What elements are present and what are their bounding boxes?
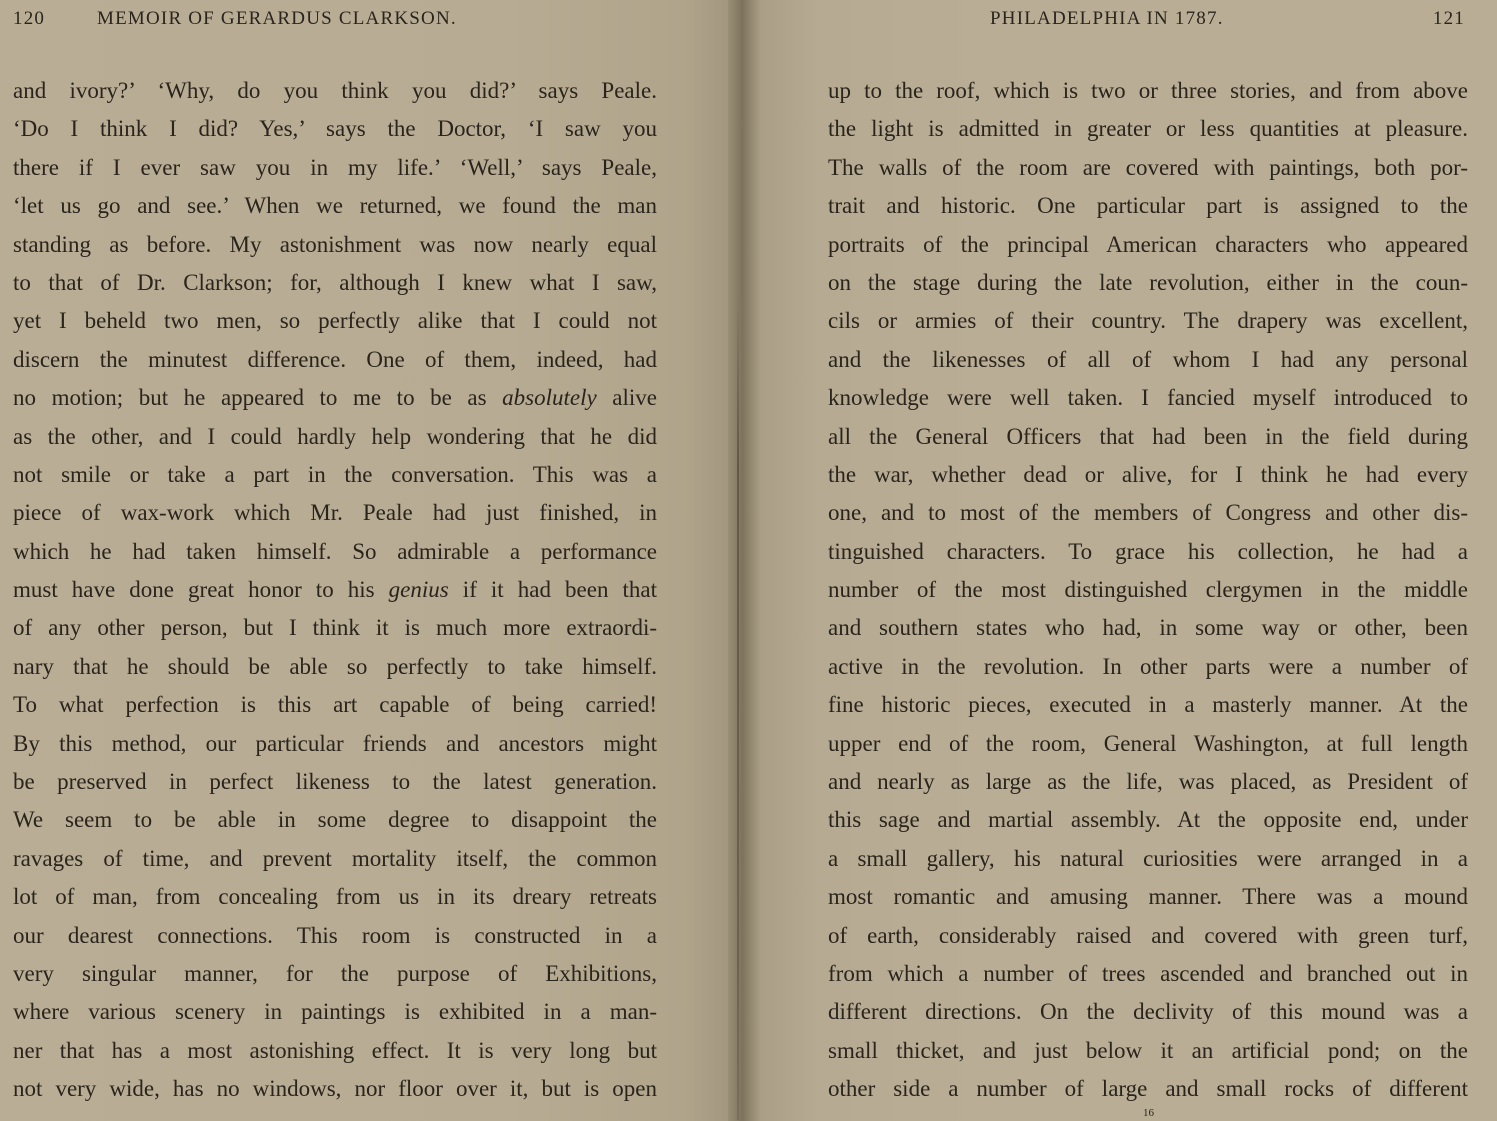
text-line: yet I beheld two men, so perfectly alike… (13, 302, 657, 340)
text-line: most romantic and amusing manner. There … (828, 878, 1468, 916)
right-page-number: 121 (1433, 8, 1465, 30)
text-line: on the stage during the late revolution,… (828, 264, 1468, 302)
text-line: other side a number of large and small r… (828, 1070, 1468, 1108)
text-line: ‘Do I think I did? Yes,’ says the Doctor… (13, 110, 657, 148)
left-page-number: 120 (13, 8, 45, 30)
text-line: lot of man, from concealing from us in i… (13, 878, 657, 916)
text-line: active in the revolution. In other parts… (828, 648, 1468, 686)
text-line: which he had taken himself. So admirable… (13, 533, 657, 571)
left-body-text: and ivory?’ ‘Why, do you think you did?’… (13, 72, 657, 1109)
text-line: not very wide, has no windows, nor floor… (13, 1070, 657, 1108)
text-line: upper end of the room, General Washingto… (828, 725, 1468, 763)
text-line: We seem to be able in some degree to dis… (13, 801, 657, 839)
text-line: must have done great honor to his genius… (13, 571, 657, 609)
text-line: small thicket, and just below it an arti… (828, 1032, 1468, 1070)
text-line: tinguished characters. To grace his coll… (828, 533, 1468, 571)
text-line: and the likenesses of all of whom I had … (828, 341, 1468, 379)
text-line: To what perfection is this art capable o… (13, 686, 657, 724)
text-line: one, and to most of the members of Congr… (828, 494, 1468, 532)
italic-word: genius (389, 577, 449, 602)
text-line: from which a number of trees ascended an… (828, 955, 1468, 993)
text-line: a small gallery, his natural curiosities… (828, 840, 1468, 878)
right-body-text: up to the roof, which is two or three st… (828, 72, 1468, 1109)
text-line: not smile or take a part in the conversa… (13, 456, 657, 494)
text-line: where various scenery in paintings is ex… (13, 993, 657, 1031)
text-line: number of the most distinguished clergym… (828, 571, 1468, 609)
book-gutter (728, 0, 760, 1121)
text-line: ravages of time, and prevent mortality i… (13, 840, 657, 878)
text-line: ‘let us go and see.’ When we returned, w… (13, 187, 657, 225)
right-running-head: PHILADELPHIA IN 1787. 121 (760, 8, 1497, 34)
text-line: no motion; but he appeared to me to be a… (13, 379, 657, 417)
text-line: discern the minutest difference. One of … (13, 341, 657, 379)
text-line: very singular manner, for the purpose of… (13, 955, 657, 993)
text-line: and southern states who had, in some way… (828, 609, 1468, 647)
text-line: By this method, our particular friends a… (13, 725, 657, 763)
text-line: of earth, considerably raised and covere… (828, 917, 1468, 955)
text-line: and nearly as large as the life, was pla… (828, 763, 1468, 801)
text-line: portraits of the principal American char… (828, 226, 1468, 264)
text-line: all the General Officers that had been i… (828, 418, 1468, 456)
text-line: of any other person, but I think it is m… (13, 609, 657, 647)
text-line: trait and historic. One particular part … (828, 187, 1468, 225)
left-page: 120 MEMOIR OF GERARDUS CLARKSON. and ivo… (0, 0, 728, 1121)
text-line: standing as before. My astonishment was … (13, 226, 657, 264)
text-line: knowledge were well taken. I fancied mys… (828, 379, 1468, 417)
text-line: be preserved in perfect likeness to the … (13, 763, 657, 801)
text-line: fine historic pieces, executed in a mast… (828, 686, 1468, 724)
left-running-title: MEMOIR OF GERARDUS CLARKSON. (97, 8, 457, 30)
text-line: ner that has a most astonishing effect. … (13, 1032, 657, 1070)
text-line: the light is admitted in greater or less… (828, 110, 1468, 148)
text-line: to that of Dr. Clarkson; for, although I… (13, 264, 657, 302)
text-line: as the other, and I could hardly help wo… (13, 418, 657, 456)
book-spread: 120 MEMOIR OF GERARDUS CLARKSON. and ivo… (0, 0, 1497, 1121)
text-line: there if I ever saw you in my life.’ ‘We… (13, 149, 657, 187)
signature-mark: 16 (1143, 1107, 1154, 1119)
text-line: up to the roof, which is two or three st… (828, 72, 1468, 110)
text-line: our dearest connections. This room is co… (13, 917, 657, 955)
text-line: piece of wax-work which Mr. Peale had ju… (13, 494, 657, 532)
right-running-title: PHILADELPHIA IN 1787. (990, 8, 1224, 30)
text-line: and ivory?’ ‘Why, do you think you did?’… (13, 72, 657, 110)
text-line: The walls of the room are covered with p… (828, 149, 1468, 187)
text-line: the war, whether dead or alive, for I th… (828, 456, 1468, 494)
right-page: PHILADELPHIA IN 1787. 121 up to the roof… (760, 0, 1497, 1121)
text-line: nary that he should be able so perfectly… (13, 648, 657, 686)
italic-word: absolutely (502, 385, 597, 410)
left-running-head: 120 MEMOIR OF GERARDUS CLARKSON. (0, 8, 728, 34)
text-line: this sage and martial assembly. At the o… (828, 801, 1468, 839)
text-line: cils or armies of their country. The dra… (828, 302, 1468, 340)
text-line: different directions. On the declivity o… (828, 993, 1468, 1031)
